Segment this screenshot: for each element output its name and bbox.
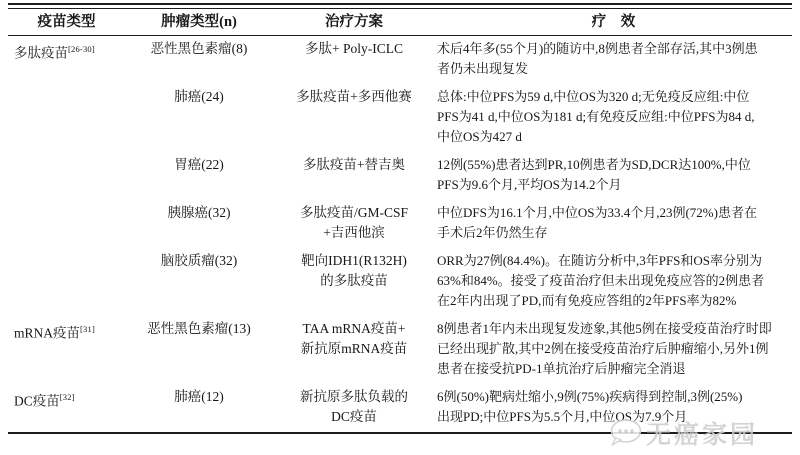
table-header-row: 疫苗类型 肿瘤类型(n) 治疗方案 疗 效 [8,9,792,36]
vaccine-efficacy-table: 疫苗类型 肿瘤类型(n) 治疗方案 疗 效 多肽疫苗[26-30] 恶性黑色素瘤… [8,3,792,434]
efficacy-cell: ORR为27例(84.4%)。在随访分析中,3年PFS和OS率分别为 63%和8… [435,248,792,316]
vaccine-type-cell [8,248,125,316]
table-row: 胃癌(22) 多肽疫苗+替吉奥 12例(55%)患者达到PR,10例患者为SD,… [8,152,792,200]
tumor-type-cell: 肺癌(12) [125,384,273,432]
efficacy-cell: 总体:中位PFS为59 d,中位OS为320 d;无免疫反应组:中位 PFS为4… [435,84,792,152]
header-treatment: 治疗方案 [273,9,435,35]
tumor-type-cell: 恶性黑色素瘤(8) [125,36,273,84]
efficacy-cell: 术后4年多(55个月)的随访中,8例患者全部存活,其中3例患 者仍未出现复发 [435,36,792,84]
scanned-document-page: 疫苗类型 肿瘤类型(n) 治疗方案 疗 效 多肽疫苗[26-30] 恶性黑色素瘤… [0,0,800,455]
treatment-cell: 多肽+ Poly-ICLC [273,36,435,84]
tumor-type-cell: 胃癌(22) [125,152,273,200]
reference-superscript: [32] [60,392,75,402]
table-row: mRNA疫苗[31] 恶性黑色素瘤(13) TAA mRNA疫苗+ 新抗原mRN… [8,316,792,384]
treatment-cell: 新抗原多肽负载的 DC疫苗 [273,384,435,432]
vaccine-type-cell: 多肽疫苗[26-30] [8,36,125,84]
tumor-type-cell: 恶性黑色素瘤(13) [125,316,273,384]
vaccine-type-cell [8,200,125,248]
reference-superscript: [26-30] [68,44,95,54]
header-tumor-type: 肿瘤类型(n) [125,9,273,35]
efficacy-cell: 8例患者1年内未出现复发迹象,其他5例在接受疫苗治疗时即 已经出现扩散,其中2例… [435,316,792,384]
efficacy-cell: 12例(55%)患者达到PR,10例患者为SD,DCR达100%,中位 PFS为… [435,152,792,200]
table-row: 多肽疫苗[26-30] 恶性黑色素瘤(8) 多肽+ Poly-ICLC 术后4年… [8,36,792,84]
watermark-text: 无癌家园 [646,415,758,451]
vaccine-type-cell [8,84,125,152]
vaccine-name: DC疫苗 [14,394,60,409]
tumor-type-cell: 胰腺癌(32) [125,200,273,248]
treatment-cell: TAA mRNA疫苗+ 新抗原mRNA疫苗 [273,316,435,384]
tumor-type-cell: 脑胶质瘤(32) [125,248,273,316]
vaccine-type-cell: DC疫苗[32] [8,384,125,432]
header-vaccine-type: 疫苗类型 [8,9,125,35]
treatment-cell: 多肽疫苗/GM-CSF +吉西他滨 [273,200,435,248]
treatment-cell: 靶向IDH1(R132H) 的多肽疫苗 [273,248,435,316]
vaccine-name: 多肽疫苗 [14,46,68,61]
vaccine-type-cell: mRNA疫苗[31] [8,316,125,384]
efficacy-cell: 中位DFS为16.1个月,中位OS为33.4个月,23例(72%)患者在 手术后… [435,200,792,248]
table-row: 肺癌(24) 多肽疫苗+多西他赛 总体:中位PFS为59 d,中位OS为320 … [8,84,792,152]
tumor-type-cell: 肺癌(24) [125,84,273,152]
reference-superscript: [31] [80,324,95,334]
header-efficacy: 疗 效 [435,9,792,35]
table-row: 胰腺癌(32) 多肽疫苗/GM-CSF +吉西他滨 中位DFS为16.1个月,中… [8,200,792,248]
treatment-cell: 多肽疫苗+替吉奥 [273,152,435,200]
treatment-cell: 多肽疫苗+多西他赛 [273,84,435,152]
table-row: 脑胶质瘤(32) 靶向IDH1(R132H) 的多肽疫苗 ORR为27例(84.… [8,248,792,316]
chat-bubble-icon [606,418,642,448]
vaccine-name: mRNA疫苗 [14,326,80,341]
watermark: 无癌家园 [606,415,758,451]
vaccine-type-cell [8,152,125,200]
